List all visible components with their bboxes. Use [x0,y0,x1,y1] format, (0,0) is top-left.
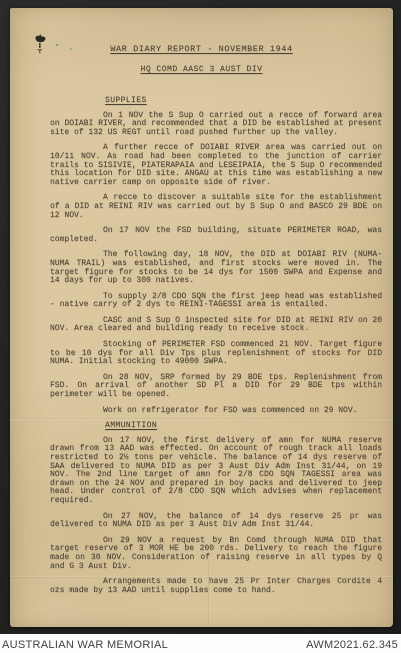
archive-footer-strip: AUSTRALIAN WAR MEMORIAL AWM2021.62.345 [0,634,401,653]
section-heading-text: SUPPLIES [105,96,147,105]
document-body: SUPPLIES On 1 NOV the S Sup O carried ou… [50,97,382,602]
section-heading-supplies: SUPPLIES [50,97,382,106]
footer-institution-label: AUSTRALIAN WAR MEMORIAL [2,639,168,651]
document-title: WAR DIARY REPORT - NOVEMBER 1944 [10,44,393,54]
document-subtitle-text: HQ COMD AASC 3 AUST DIV [141,65,263,74]
footer-accession-number: AWM2021.62.345 [306,639,398,651]
paragraph: The following day, 18 NOV, the DID at DO… [50,251,382,285]
paragraph: Stocking of PERIMETER FSD commenced 21 N… [50,341,382,367]
section-heading-ammunition: AMMUNITION [50,422,382,431]
archive-scan-background: WAR DIARY REPORT - NOVEMBER 1944 HQ COMD… [0,0,401,653]
paragraph: CASC and S Sup O inspected site for DID … [50,317,382,334]
paragraph: On 17 NOV, the first delivery of amn for… [50,437,382,506]
paragraph: A recce to discover a suitable site for … [50,194,382,220]
paragraph: To supply 2/8 CDO SQN the first jeep hea… [50,293,382,310]
paragraph: On 28 NOV, SRP formed by 29 BDE tps. Rep… [50,374,382,400]
paragraph: Arrangements made to have 25 Pr Inter Ch… [50,578,382,595]
paragraph: On 1 NOV the S Sup O carried out a recce… [50,112,382,138]
section-heading-text: AMMUNITION [105,421,157,430]
document-page: WAR DIARY REPORT - NOVEMBER 1944 HQ COMD… [10,8,393,627]
document-title-text: WAR DIARY REPORT - NOVEMBER 1944 [110,44,292,54]
paragraph: On 27 NOV, the balance of 14 dys reserve… [50,513,382,530]
paragraph: Work on refrigerator for FSD was commenc… [50,407,382,416]
paragraph: On 29 NOV a request by Bn Comd through N… [50,537,382,571]
paragraph: On 17 NOV the FSD building, situate PERI… [50,227,382,244]
document-subtitle: HQ COMD AASC 3 AUST DIV [10,65,393,74]
paragraph: A further recce of DOIABI RIVER area was… [50,144,382,187]
